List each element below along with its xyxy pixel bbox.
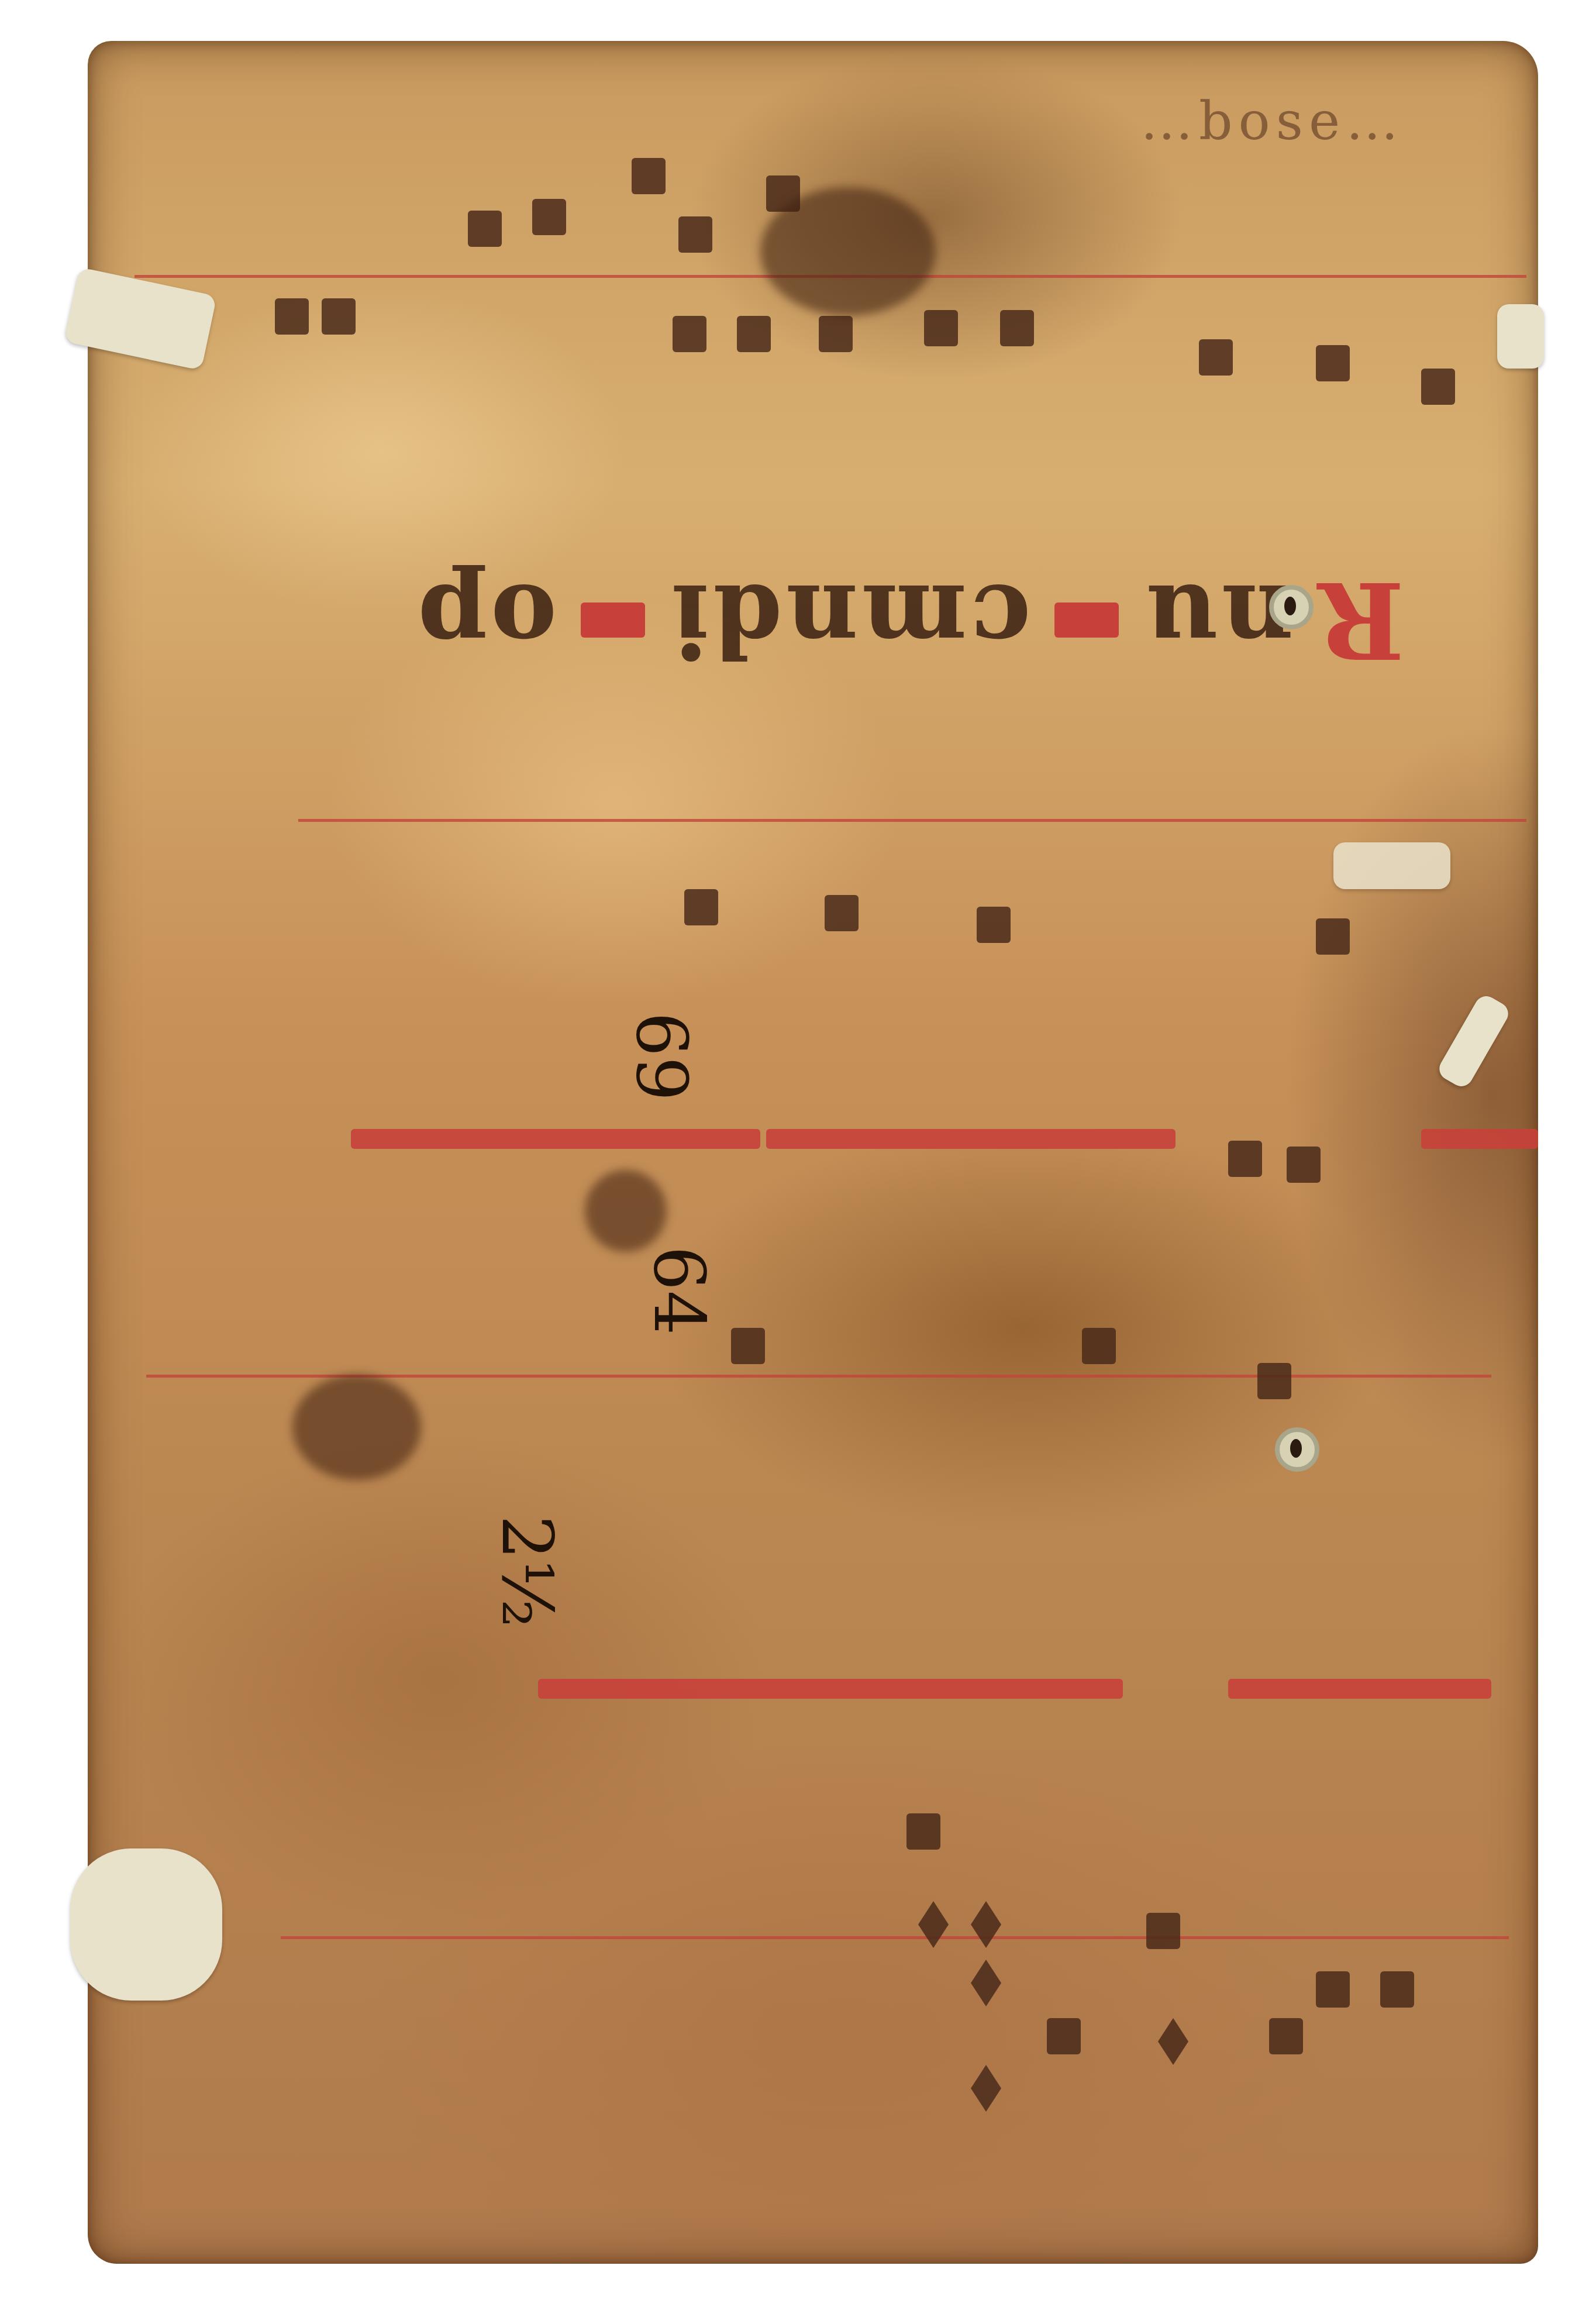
red-separator [1054,603,1119,638]
neume [1146,1913,1180,1949]
stain [292,1375,421,1480]
neume [737,316,771,352]
neume [1228,1141,1262,1177]
staff-line-red-band [351,1129,760,1149]
neume [924,310,958,346]
neume [632,158,666,194]
neume [1287,1147,1321,1183]
neume [825,895,859,931]
hole [1275,1427,1319,1472]
neume [684,889,718,925]
neume [678,216,712,253]
shelfmark-ink: 64 [638,1246,719,1335]
neume [1269,2018,1303,2054]
neume [1421,369,1455,405]
neume [1316,1971,1350,2008]
rubric-initial: R [1317,559,1405,682]
neume-rhomb [1158,2018,1188,2065]
neume [1082,1328,1116,1364]
rubric-word: op [414,562,557,679]
neume [275,298,309,335]
neume [977,907,1011,943]
neume [906,1813,940,1850]
shelfmark-ink: 69 [621,1012,702,1101]
staff-line [298,819,1526,822]
neume [1316,918,1350,955]
top-edge-text-remnant: …bose… [1140,91,1404,152]
neume [1047,2018,1081,2054]
red-separator [581,603,645,638]
staff-line-red-band [766,1129,1176,1149]
neume [731,1328,765,1364]
neume-rhomb [971,2065,1001,2112]
neume [819,316,853,352]
neume [1199,339,1233,376]
neume [1380,1971,1414,2008]
tie-stub-right-middle [1333,842,1450,889]
neume-rhomb [971,1901,1001,1948]
neume [322,298,356,335]
shelfmark-ink: 2½ [486,1515,567,1628]
rubric-word: nu [1142,562,1294,679]
staff-line-red-band [1228,1679,1491,1699]
stain [760,187,936,316]
staff-line [281,1936,1509,1939]
vellum-cover: …bose… R nu cmn [88,41,1538,2264]
tie-stub-bottom-left [70,1848,222,2001]
neume [1257,1363,1291,1399]
staff-line-red-band [538,1679,1123,1699]
hole [1269,585,1314,629]
neume-rhomb [918,1901,949,1948]
neume [468,211,502,247]
neume [1316,345,1350,381]
neume-rhomb [971,1960,1001,2006]
rubric-line-upside-down: R nu cmndi op [281,556,1538,684]
rubric-word: cmndi [668,562,1031,679]
stain [585,1170,667,1252]
neume [673,316,706,352]
neume [532,199,566,235]
neume [1000,310,1034,346]
staff-line-red-band [1421,1129,1538,1149]
tie-stub-right-upper [1497,304,1544,369]
